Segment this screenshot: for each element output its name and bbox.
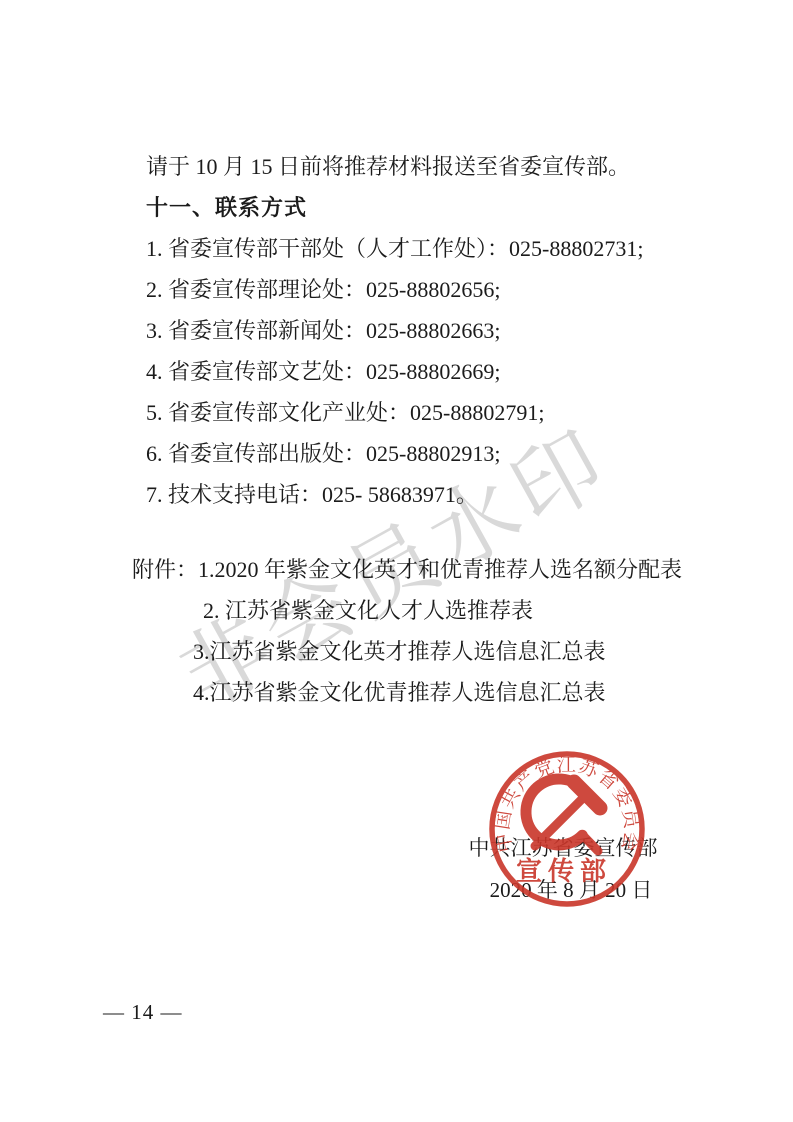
section-heading: 十一、联系方式	[146, 187, 706, 228]
attachments-label: 附件：	[132, 557, 198, 582]
document-body: 请于 10 月 15 日前将推荐材料报送至省委宣传部。 十一、联系方式 1. 省…	[146, 146, 706, 713]
contact-item: 7. 技术支持电话：025- 58683971。	[146, 474, 706, 515]
attachment-item: 4.江苏省紫金文化优青推荐人选信息汇总表	[132, 672, 706, 713]
contact-item: 4. 省委宣传部文艺处：025-88802669;	[146, 351, 706, 392]
attachment-item: 3.江苏省紫金文化英才推荐人选信息汇总表	[132, 631, 706, 672]
contact-item: 5. 省委宣传部文化产业处：025-88802791;	[146, 392, 706, 433]
contact-item: 6. 省委宣传部出版处：025-88802913;	[146, 433, 706, 474]
contact-item: 1. 省委宣传部干部处（人才工作处）：025-88802731;	[146, 228, 706, 269]
attachment-item: 附件：1.2020 年紫金文化英才和优青推荐人选名额分配表	[132, 549, 706, 590]
page-number: — 14 —	[103, 1000, 183, 1025]
attachments-block: 附件：1.2020 年紫金文化英才和优青推荐人选名额分配表 2. 江苏省紫金文化…	[132, 549, 706, 713]
official-seal: 中国共产党江苏省委员会 宣传部	[485, 746, 651, 918]
contact-item: 3. 省委宣传部新闻处：025-88802663;	[146, 310, 706, 351]
seal-bottom-text: 宣传部	[516, 856, 612, 886]
document-page: 非会员水印 请于 10 月 15 日前将推荐材料报送至省委宣传部。 十一、联系方…	[0, 0, 793, 1122]
hammer-sickle-icon	[526, 779, 600, 851]
attachment-item: 2. 江苏省紫金文化人才人选推荐表	[132, 590, 706, 631]
attachment-item-text: 1.2020 年紫金文化英才和优青推荐人选名额分配表	[198, 557, 682, 582]
contact-item: 2. 省委宣传部理论处：025-88802656;	[146, 269, 706, 310]
paragraph-intro: 请于 10 月 15 日前将推荐材料报送至省委宣传部。	[146, 146, 706, 187]
